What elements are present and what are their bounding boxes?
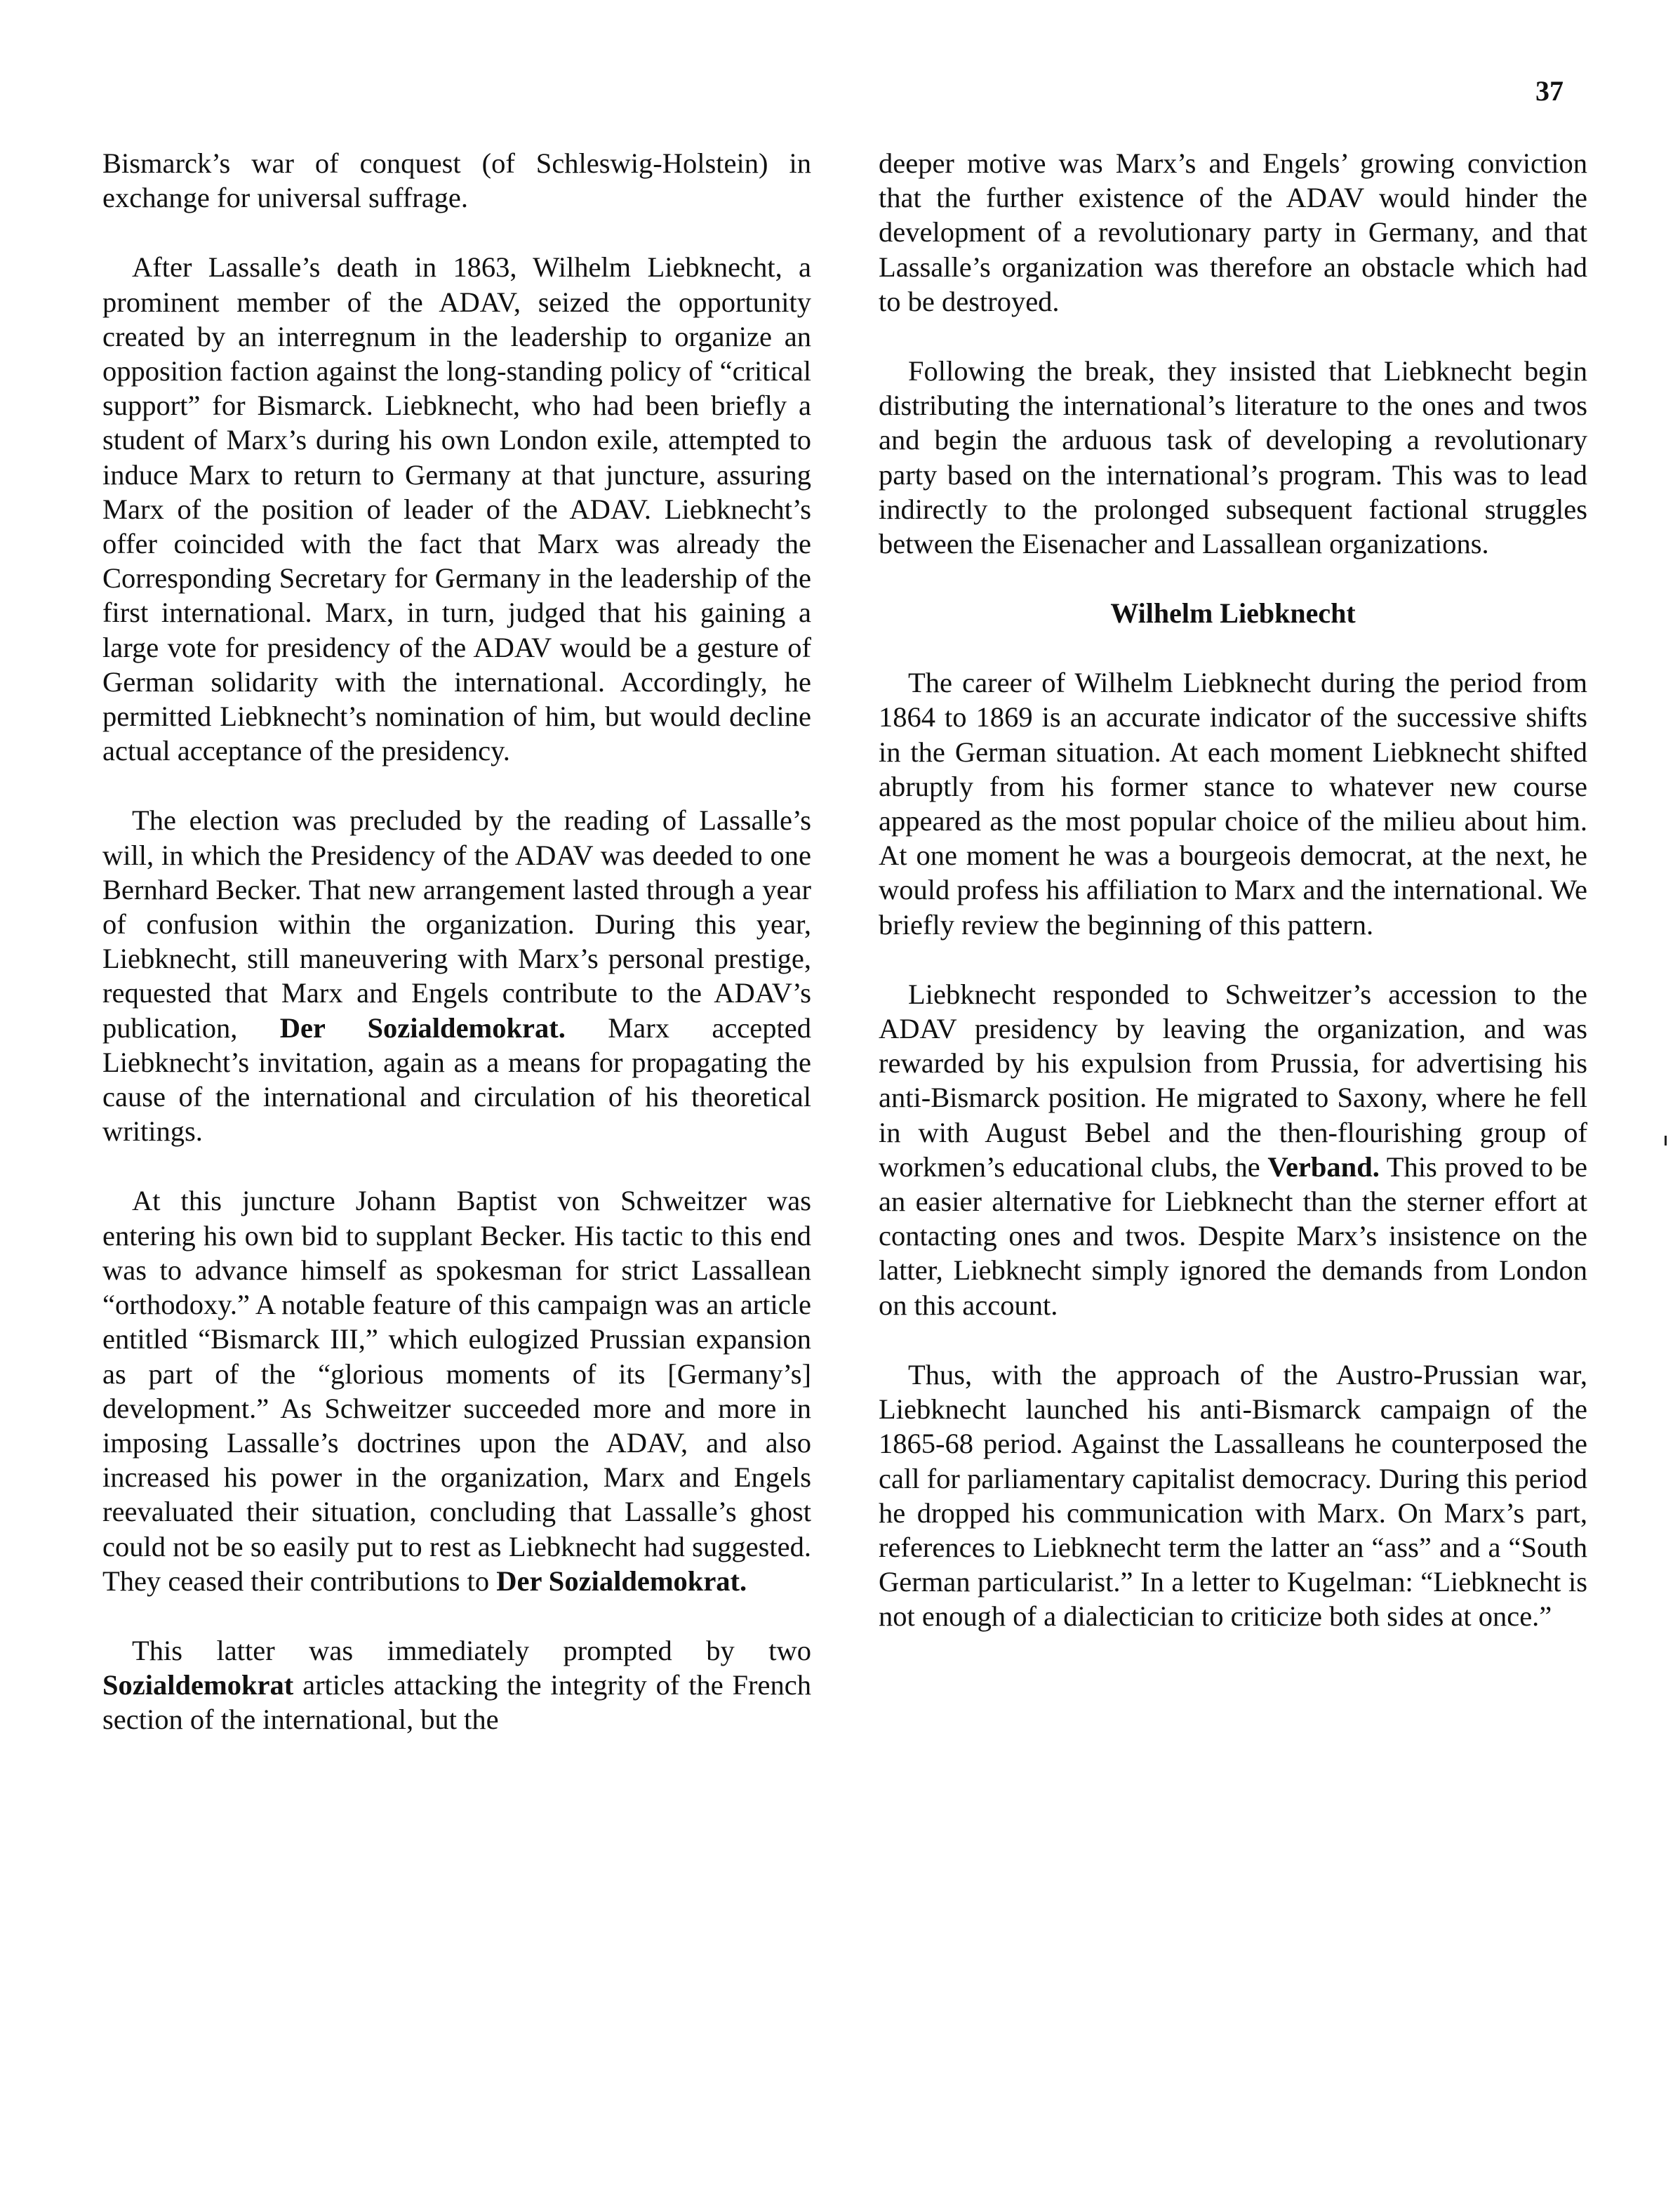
text-segment: Thus, with the approach of the Austro-Pr… — [879, 1359, 1587, 1632]
paragraph-election-precluded: The election was precluded by the readin… — [102, 803, 811, 1148]
paragraph-austro-prussian-war: Thus, with the approach of the Austro-Pr… — [879, 1357, 1587, 1634]
paragraph-career: The career of Wilhelm Liebknecht during … — [879, 665, 1587, 942]
text-segment: After Lassalle’s death in 1863, Wilhelm … — [102, 251, 811, 766]
paragraph-responded: Liebknecht responded to Schweitzer’s acc… — [879, 977, 1587, 1322]
paragraph-following-break: Following the break, they insisted that … — [879, 354, 1587, 561]
text-segment: The career of Wilhelm Liebknecht during … — [879, 667, 1587, 940]
section-heading: Wilhelm Liebknecht — [879, 596, 1587, 630]
page-number: 37 — [1535, 77, 1564, 105]
text-segment: deeper motive was Marx’s and Engels’ gro… — [879, 147, 1587, 317]
publication-title-emphasis: Sozialdemokrat — [102, 1669, 293, 1701]
paragraph-schweitzer-bid: At this juncture Johann Baptist von Schw… — [102, 1183, 811, 1598]
text-segment: The election was precluded by the readin… — [102, 804, 811, 1043]
paragraph-continuation: Bismarck’s war of conquest (of Schleswig… — [102, 146, 811, 215]
paragraph-latter-prompted: This latter was immediately prompted by … — [102, 1633, 811, 1737]
scan-mark — [1665, 1136, 1667, 1146]
paragraph-deeper-motive: deeper motive was Marx’s and Engels’ gro… — [879, 146, 1587, 319]
text-segment: Following the break, they insisted that … — [879, 355, 1587, 559]
left-column: Bismarck’s war of conquest (of Schleswig… — [102, 146, 811, 1772]
organization-name-emphasis: Verband. — [1267, 1151, 1379, 1183]
text-segment: At this juncture Johann Baptist von Schw… — [102, 1185, 811, 1596]
publication-title-emphasis: Der Sozialdemokrat. — [280, 1012, 566, 1044]
paragraph-lassalle-death: After Lassalle’s death in 1863, Wilhelm … — [102, 250, 811, 768]
publication-title-emphasis: Der Sozialdemokrat. — [496, 1565, 747, 1597]
text-segment: Bismarck’s war of conquest (of Schleswig… — [102, 147, 811, 213]
text-segment: This latter was immediately prompted by … — [132, 1635, 811, 1666]
right-column: deeper motive was Marx’s and Engels’ gro… — [879, 146, 1587, 1669]
